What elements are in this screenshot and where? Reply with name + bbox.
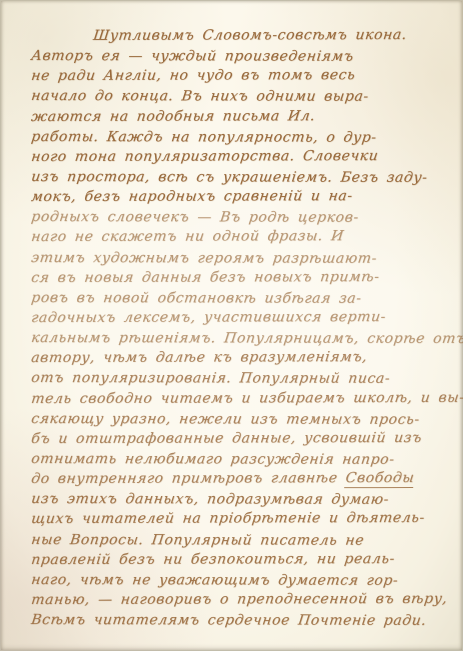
manuscript-line: не ради Англіи, но чудо въ томъ весь [30,65,440,86]
manuscript-line: изъ этихъ данныхъ, подразумѣвая думаю- [30,489,439,510]
manuscript-line: танью, — наговоривъ о преподнесенной въ … [30,589,440,610]
manuscript-line: отъ популяризированія. Популярный писа- [30,368,439,389]
manuscript-line: гадочныхъ лексемъ, участившихся верти- [30,307,440,328]
manuscript-line: сякающу уразно, нежели изъ темныхъ прось… [30,409,439,430]
manuscript-line: ся въ новыя данныя безъ новыхъ примѣ- [30,267,440,288]
manuscript-line: мокъ, безъ народныхъ сравненій и на- [30,186,440,207]
manuscript-line: ровъ въ новой обстановкѣ избѣгая за- [30,288,439,309]
manuscript-line: наго, чѣмъ не уважающимъ думается гор- [30,570,439,591]
manuscript-page: Шутливымъ Словомъ-совсѣмъ икона.Авторъ е… [0,0,463,651]
manuscript-line: ные Вопросы. Популярный писатель не [30,530,439,551]
manuscript-line-text: до внутренняго примѣровъ главнѣе [30,470,346,487]
manuscript-text: Шутливымъ Словомъ-совсѣмъ икона.Авторъ е… [30,26,437,630]
manuscript-line: Всѣмъ читателямъ сердечное Почтеніе ради… [30,610,439,631]
manuscript-line: кальнымъ рѣшеніямъ. Популярницамъ, скорѣ… [30,328,439,349]
manuscript-line: автору, чѣмъ далѣе къ вразумленіямъ, [30,347,440,368]
manuscript-line: изъ простора, всѣ съ украшеніемъ. Безъ з… [30,167,439,188]
manuscript-line: наго не скажетъ ни одной фразы. И [30,226,440,247]
manuscript-line: Авторъ ея — чуждый произведеніямъ [30,46,439,67]
manuscript-line: жаются на подобныя письма Ил. [30,105,440,126]
manuscript-line: ного тона популяризаторства. Словечки [30,146,440,167]
manuscript-line: работы. Каждъ на популярность, о дур- [30,127,439,148]
manuscript-line: начало до конца. Въ нихъ одними выра- [30,86,439,107]
manuscript-line: бъ и отштрафованные данные, усвоившій из… [30,428,440,449]
manuscript-line: тель свободно читаемъ и избираемъ школѣ,… [30,387,440,408]
manuscript-line: до внутренняго примѣровъ главнѣе Свободы [30,468,440,489]
manuscript-line: отнимать нелюбимаго разсужденія напро- [30,449,439,470]
manuscript-line: правленій безъ ни безпокоиться, ни реаль… [30,549,440,570]
manuscript-line: этимъ художнымъ героямъ разрѣшают- [30,248,439,269]
manuscript-line: щихъ читателей на пріобрѣтеніе и дѣятель… [30,508,440,529]
underlined-word: Свободы [344,470,415,488]
manuscript-line: Шутливымъ Словомъ-совсѣмъ икона. [30,25,440,46]
